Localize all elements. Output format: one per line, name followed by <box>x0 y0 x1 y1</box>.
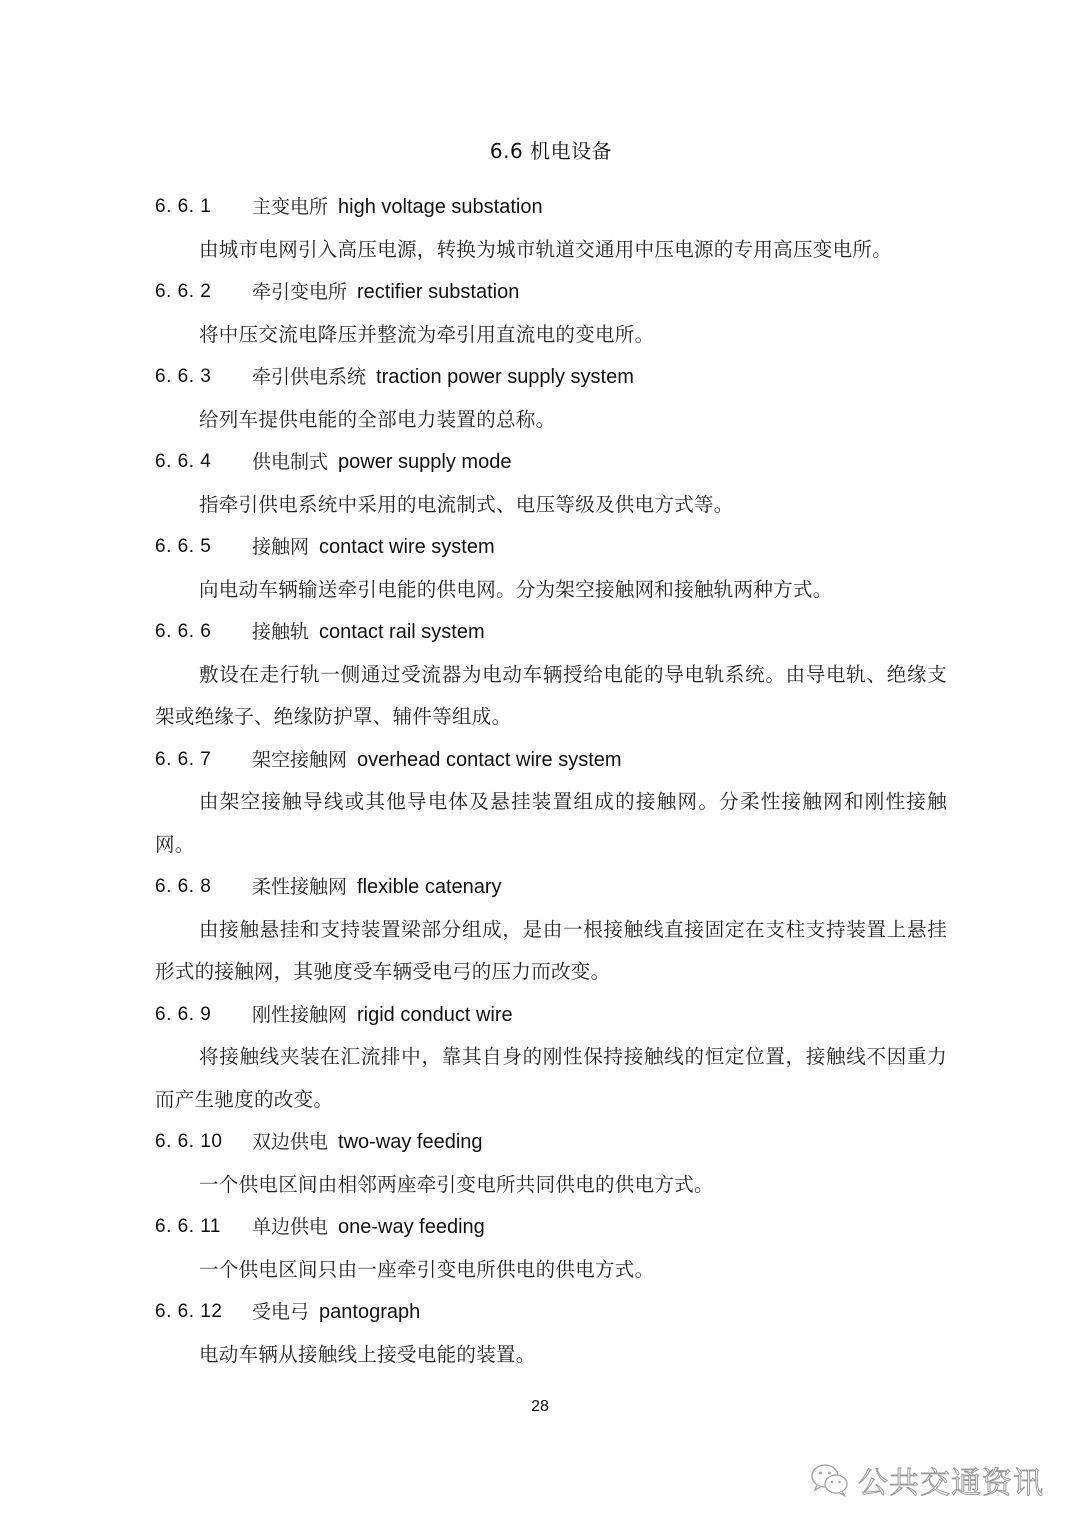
entry-number: 6. 6. 2 <box>155 277 252 307</box>
section-title: 6.6 机电设备 <box>155 136 947 166</box>
entry-definition: 将接触线夹装在汇流排中，靠其自身的刚性保持接触线的恒定位置，接触线不因重力而产生… <box>155 1036 947 1121</box>
term-chinese: 受电弓 <box>252 1297 309 1327</box>
glossary-entry: 6. 6. 8 柔性接触网 flexible catenary 由接触悬挂和支持… <box>155 872 947 994</box>
term-chinese: 架空接触网 <box>252 745 347 775</box>
term-english: overhead contact wire system <box>357 745 622 775</box>
entry-number: 6. 6. 12 <box>155 1297 252 1327</box>
entry-number: 6. 6. 4 <box>155 447 252 477</box>
term-english: rectifier substation <box>357 277 519 307</box>
entry-number: 6. 6. 10 <box>155 1127 252 1157</box>
glossary-entries: 6. 6. 1 主变电所 high voltage substation 由城市… <box>155 192 947 1382</box>
wechat-icon <box>810 1463 850 1497</box>
entry-definition: 给列车提供电能的全部电力装置的总称。 <box>155 399 947 442</box>
watermark: 公共交通资讯 <box>810 1458 1044 1502</box>
glossary-entry: 6. 6. 9 刚性接触网 rigid conduct wire 将接触线夹装在… <box>155 1000 947 1122</box>
entry-number: 6. 6. 8 <box>155 872 252 902</box>
entry-definition: 向电动车辆输送牵引电能的供电网。分为架空接触网和接触轨两种方式。 <box>155 569 947 612</box>
term-chinese: 接触网 <box>252 532 309 562</box>
entry-definition: 由架空接触导线或其他导电体及悬挂装置组成的接触网。分柔性接触网和刚性接触网。 <box>155 781 947 866</box>
entry-definition: 一个供电区间由相邻两座牵引变电所共同供电的供电方式。 <box>155 1164 947 1207</box>
glossary-entry: 6. 6. 7 架空接触网 overhead contact wire syst… <box>155 745 947 867</box>
glossary-entry: 6. 6. 5 接触网 contact wire system 向电动车辆输送牵… <box>155 532 947 611</box>
term-chinese: 单边供电 <box>252 1212 328 1242</box>
entry-definition: 一个供电区间只由一座牵引变电所供电的供电方式。 <box>155 1249 947 1292</box>
term-english: traction power supply system <box>376 362 634 392</box>
glossary-entry: 6. 6. 2 牵引变电所 rectifier substation 将中压交流… <box>155 277 947 356</box>
term-chinese: 双边供电 <box>252 1127 328 1157</box>
term-english: high voltage substation <box>338 192 543 222</box>
entry-definition: 由接触悬挂和支持装置梁部分组成，是由一根接触线直接固定在支柱支持装置上悬挂形式的… <box>155 909 947 994</box>
entry-number: 6. 6. 5 <box>155 532 252 562</box>
term-chinese: 柔性接触网 <box>252 872 347 902</box>
entry-definition: 由城市电网引入高压电源，转换为城市轨道交通用中压电源的专用高压变电所。 <box>155 229 947 272</box>
term-english: two-way feeding <box>338 1127 483 1157</box>
entry-number: 6. 6. 11 <box>155 1212 252 1242</box>
term-english: pantograph <box>319 1297 420 1327</box>
term-english: one-way feeding <box>338 1212 485 1242</box>
entry-definition: 将中压交流电降压并整流为牵引用直流电的变电所。 <box>155 314 947 357</box>
entry-number: 6. 6. 7 <box>155 745 252 775</box>
glossary-entry: 6. 6. 6 接触轨 contact rail system 敷设在走行轨一侧… <box>155 617 947 739</box>
term-english: contact wire system <box>319 532 495 562</box>
glossary-entry: 6. 6. 11 单边供电 one-way feeding 一个供电区间只由一座… <box>155 1212 947 1291</box>
term-chinese: 接触轨 <box>252 617 309 647</box>
glossary-entry: 6. 6. 10 双边供电 two-way feeding 一个供电区间由相邻两… <box>155 1127 947 1206</box>
page-number: 28 <box>0 1398 1080 1416</box>
entry-number: 6. 6. 9 <box>155 1000 252 1030</box>
glossary-entry: 6. 6. 4 供电制式 power supply mode 指牵引供电系统中采… <box>155 447 947 526</box>
term-english: flexible catenary <box>357 872 502 902</box>
term-chinese: 主变电所 <box>252 192 328 222</box>
term-english: contact rail system <box>319 617 485 647</box>
entry-definition: 电动车辆从接触线上接受电能的装置。 <box>155 1334 947 1377</box>
watermark-text: 公共交通资讯 <box>858 1458 1044 1502</box>
entry-number: 6. 6. 1 <box>155 192 252 222</box>
term-chinese: 牵引变电所 <box>252 277 347 307</box>
glossary-entry: 6. 6. 12 受电弓 pantograph 电动车辆从接触线上接受电能的装置… <box>155 1297 947 1376</box>
term-english: rigid conduct wire <box>357 1000 513 1030</box>
glossary-entry: 6. 6. 3 牵引供电系统 traction power supply sys… <box>155 362 947 441</box>
term-english: power supply mode <box>338 447 511 477</box>
glossary-entry: 6. 6. 1 主变电所 high voltage substation 由城市… <box>155 192 947 271</box>
entry-number: 6. 6. 6 <box>155 617 252 647</box>
term-chinese: 供电制式 <box>252 447 328 477</box>
entry-definition: 指牵引供电系统中采用的电流制式、电压等级及供电方式等。 <box>155 484 947 527</box>
entry-definition: 敷设在走行轨一侧通过受流器为电动车辆授给电能的导电轨系统。由导电轨、绝缘支架或绝… <box>155 654 947 739</box>
term-chinese: 刚性接触网 <box>252 1000 347 1030</box>
entry-number: 6. 6. 3 <box>155 362 252 392</box>
term-chinese: 牵引供电系统 <box>252 362 366 392</box>
